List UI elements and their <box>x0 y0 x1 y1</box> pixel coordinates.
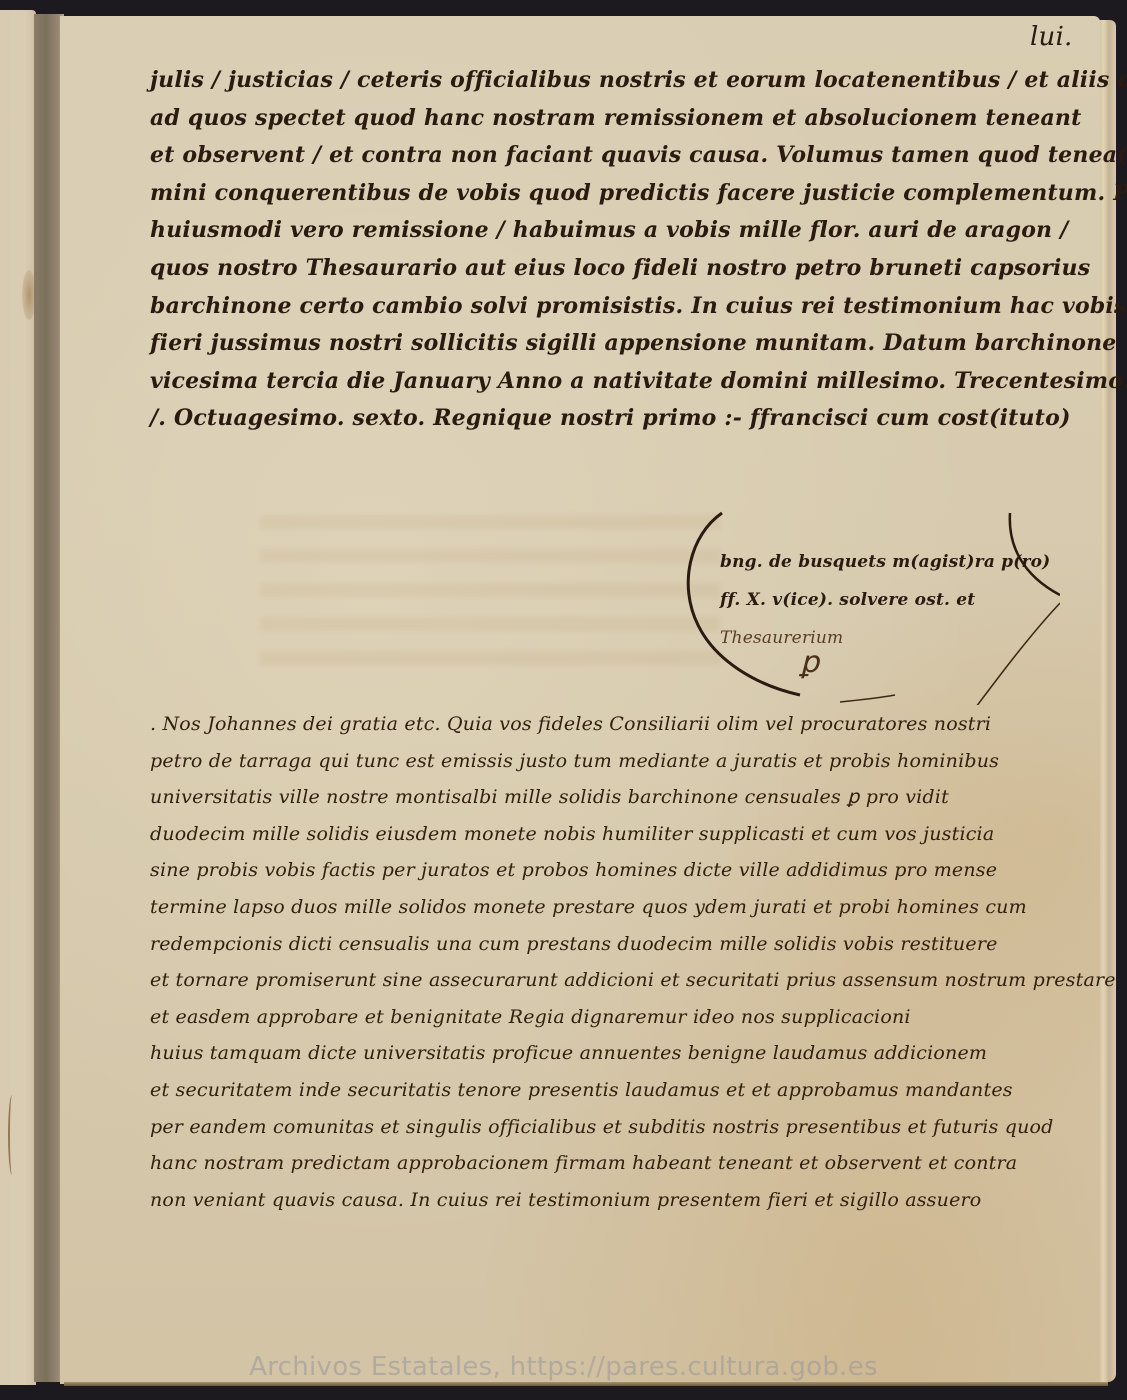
text-line: petro de tarraga qui tunc est emissis ju… <box>150 743 980 780</box>
marginal-note-line: Thesaurerium <box>720 619 1050 657</box>
text-line: duodecim mille solidis eiusdem monete no… <box>150 816 980 853</box>
ink-bleed-through <box>260 515 720 685</box>
manuscript-scan: lui. julis / justicias / ceteris officia… <box>0 0 1127 1400</box>
marginal-note-line: ff. X. v(ice). solvere ost. et <box>720 581 1050 619</box>
text-line: et observent / et contra non faciant qua… <box>150 137 1000 175</box>
page-bottom-edge <box>64 1382 1108 1386</box>
lower-text-block: . Nos Johannes dei gratia etc. Quia vos … <box>150 706 980 1218</box>
text-line: sine probis vobis factis per juratos et … <box>150 852 980 889</box>
text-line: barchinone certo cambio solvi promisisti… <box>150 288 1000 326</box>
text-line: et easdem approbare et benignitate Regia… <box>150 999 980 1036</box>
text-line: redempcionis dicti censualis una cum pre… <box>150 926 980 963</box>
text-line: quos nostro Thesaurario aut eius loco fi… <box>150 250 1000 288</box>
text-line: huius tamquam dicte universitatis profic… <box>150 1035 980 1072</box>
paraph-mark: ꝑ <box>800 645 819 680</box>
archive-watermark: Archivos Estatales, https://pares.cultur… <box>0 1352 1127 1382</box>
paper-tear <box>8 1095 16 1175</box>
text-line: hanc nostram predictam approbacionem fir… <box>150 1145 980 1182</box>
text-line: ad quos spectet quod hanc nostram remiss… <box>150 100 1000 138</box>
text-line: huiusmodi vero remissione / habuimus a v… <box>150 212 1000 250</box>
facing-page-edge <box>0 10 36 1385</box>
folio-number: lui. <box>1030 22 1072 52</box>
text-line: /. Octuagesimo. sexto. Regnique nostri p… <box>150 400 1000 438</box>
marginal-note-line: bng. de busquets m(agist)ra p(ro) <box>720 543 1050 581</box>
text-line: universitatis ville nostre montisalbi mi… <box>150 779 980 816</box>
text-line: per eandem comunitas et singulis officia… <box>150 1109 980 1146</box>
text-line: fieri jussimus nostri sollicitis sigilli… <box>150 325 1000 363</box>
text-line: termine lapso duos mille solidos monete … <box>150 889 980 926</box>
text-line: et tornare promiserunt sine assecurarunt… <box>150 962 980 999</box>
text-line: vicesima tercia die January Anno a nativ… <box>150 363 1000 401</box>
upper-text-block: julis / justicias / ceteris officialibus… <box>150 62 1000 438</box>
marginal-note: bng. de busquets m(agist)ra p(ro) ff. X.… <box>670 495 1060 705</box>
text-line: non veniant quavis causa. In cuius rei t… <box>150 1182 980 1219</box>
text-line: et securitatem inde securitatis tenore p… <box>150 1072 980 1109</box>
text-line: mini conquerentibus de vobis quod predic… <box>150 175 1000 213</box>
page-edges-stack <box>1098 20 1116 1382</box>
text-line: . Nos Johannes dei gratia etc. Quia vos … <box>150 706 980 743</box>
text-line: julis / justicias / ceteris officialibus… <box>150 62 1000 100</box>
